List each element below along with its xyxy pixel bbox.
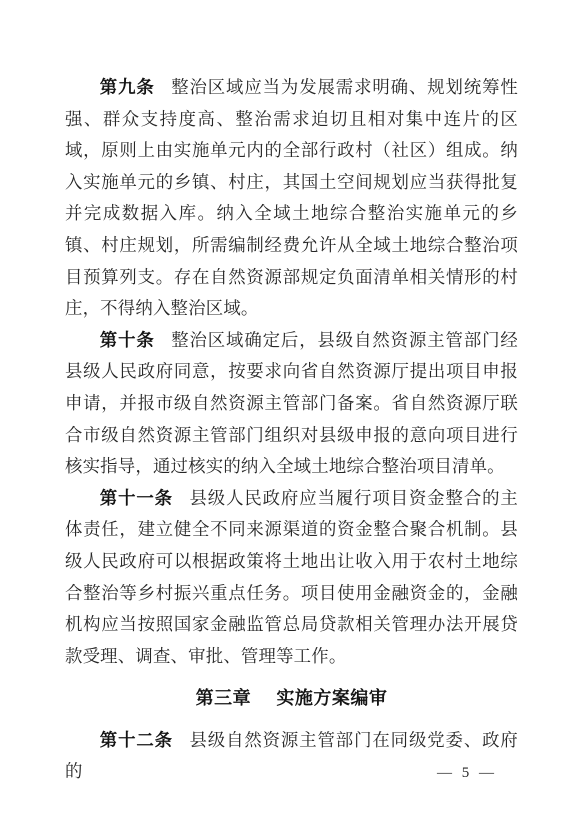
article-10-paragraph: 第十条整治区域确定后，县级自然资源主管部门经县级人民政府同意，按要求向省自然资源… xyxy=(65,325,518,483)
article-11-text: 县级人民政府应当履行项目资金整合的主体责任，建立健全不同来源渠道的资金整合聚合机… xyxy=(65,488,518,666)
article-10-text: 整治区域确定后，县级自然资源主管部门经县级人民政府同意，按要求向省自然资源厅提出… xyxy=(65,330,518,476)
chapter-3-heading: 第三章实施方案编审 xyxy=(65,683,518,715)
document-page: 第九条整治区域应当为发展需求明确、规划统筹性强、群众支持度高、整治需求迫切且相对… xyxy=(0,0,583,824)
article-9-paragraph: 第九条整治区域应当为发展需求明确、规划统筹性强、群众支持度高、整治需求迫切且相对… xyxy=(65,72,518,325)
article-9-number: 第九条 xyxy=(100,77,155,97)
article-12-number: 第十二条 xyxy=(100,730,173,750)
article-10-number: 第十条 xyxy=(100,330,155,350)
page-number: — 5 — xyxy=(437,763,497,783)
document-body: 第九条整治区域应当为发展需求明确、规划统筹性强、群众支持度高、整治需求迫切且相对… xyxy=(65,0,518,788)
article-9-text: 整治区域应当为发展需求明确、规划统筹性强、群众支持度高、整治需求迫切且相对集中连… xyxy=(65,77,518,318)
chapter-3-title: 实施方案编审 xyxy=(276,688,387,708)
chapter-3-number: 第三章 xyxy=(196,688,252,708)
article-11-number: 第十一条 xyxy=(100,488,173,508)
article-11-paragraph: 第十一条县级人民政府应当履行项目资金整合的主体责任，建立健全不同来源渠道的资金整… xyxy=(65,483,518,673)
